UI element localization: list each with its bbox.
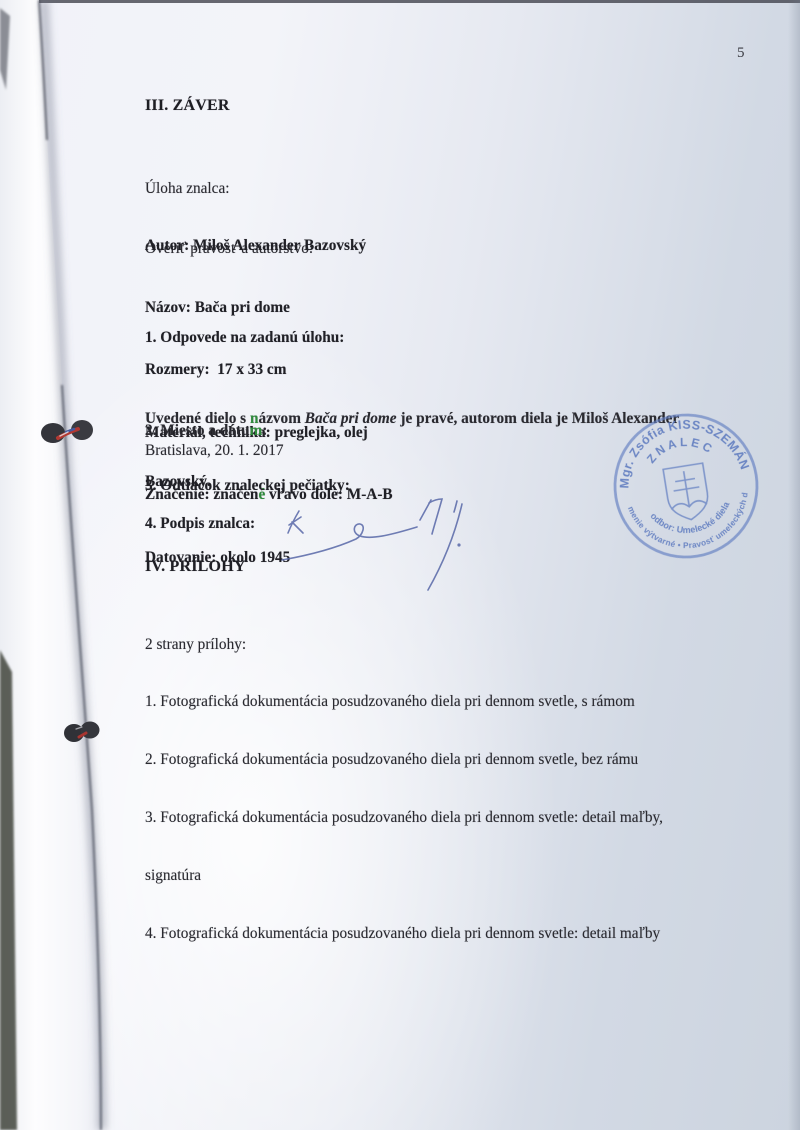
handwritten-signature [270,485,480,605]
q2-value: Bratislava, 20. 1. 2017 [145,442,284,460]
scan-right-edge-shadow [788,0,800,1130]
prilohy-item: 4. Fotografická dokumentácia posudzované… [145,924,785,943]
stamp-name-arc: Mgr. Zsófia KISS-SZEMÁN [608,408,752,491]
prilohy-item: 2. Fotografická dokumentácia posudzované… [145,750,785,769]
q1-heading: 1. Odpovede na zadanú úlohu: [145,329,344,347]
slovak-coat-of-arms [663,463,711,523]
page-number: 5 [737,45,745,62]
section-heading-zaver: III. ZÁVER [145,97,230,115]
prilohy-item: 1. Fotografická dokumentácia posudzované… [145,692,785,711]
section-heading-prilohy: IV. PRÍLOHY [145,558,246,576]
artwork-title: Názov: Bača pri dome [145,298,393,319]
q2-heading: 2. Miesto a dátum: [145,422,267,440]
expert-round-stamp: Mgr. Zsófia KISS-SZEMÁN ZNALEC odbor: Um… [597,397,775,575]
prilohy-intro: 2 strany prílohy: [145,635,785,654]
prilohy-item: 3. Fotografická dokumentácia posudzované… [145,808,785,827]
artwork-author: Autor: Miloš Alexander Bazovský [145,236,393,257]
q4-heading: 4. Podpis znalca: [145,515,255,533]
prilohy-item-wrap: signatúra [145,866,785,885]
page-curl-left-edge [0,0,130,1130]
prilohy-block: 2 strany prílohy: 1. Fotografická dokume… [145,596,785,963]
